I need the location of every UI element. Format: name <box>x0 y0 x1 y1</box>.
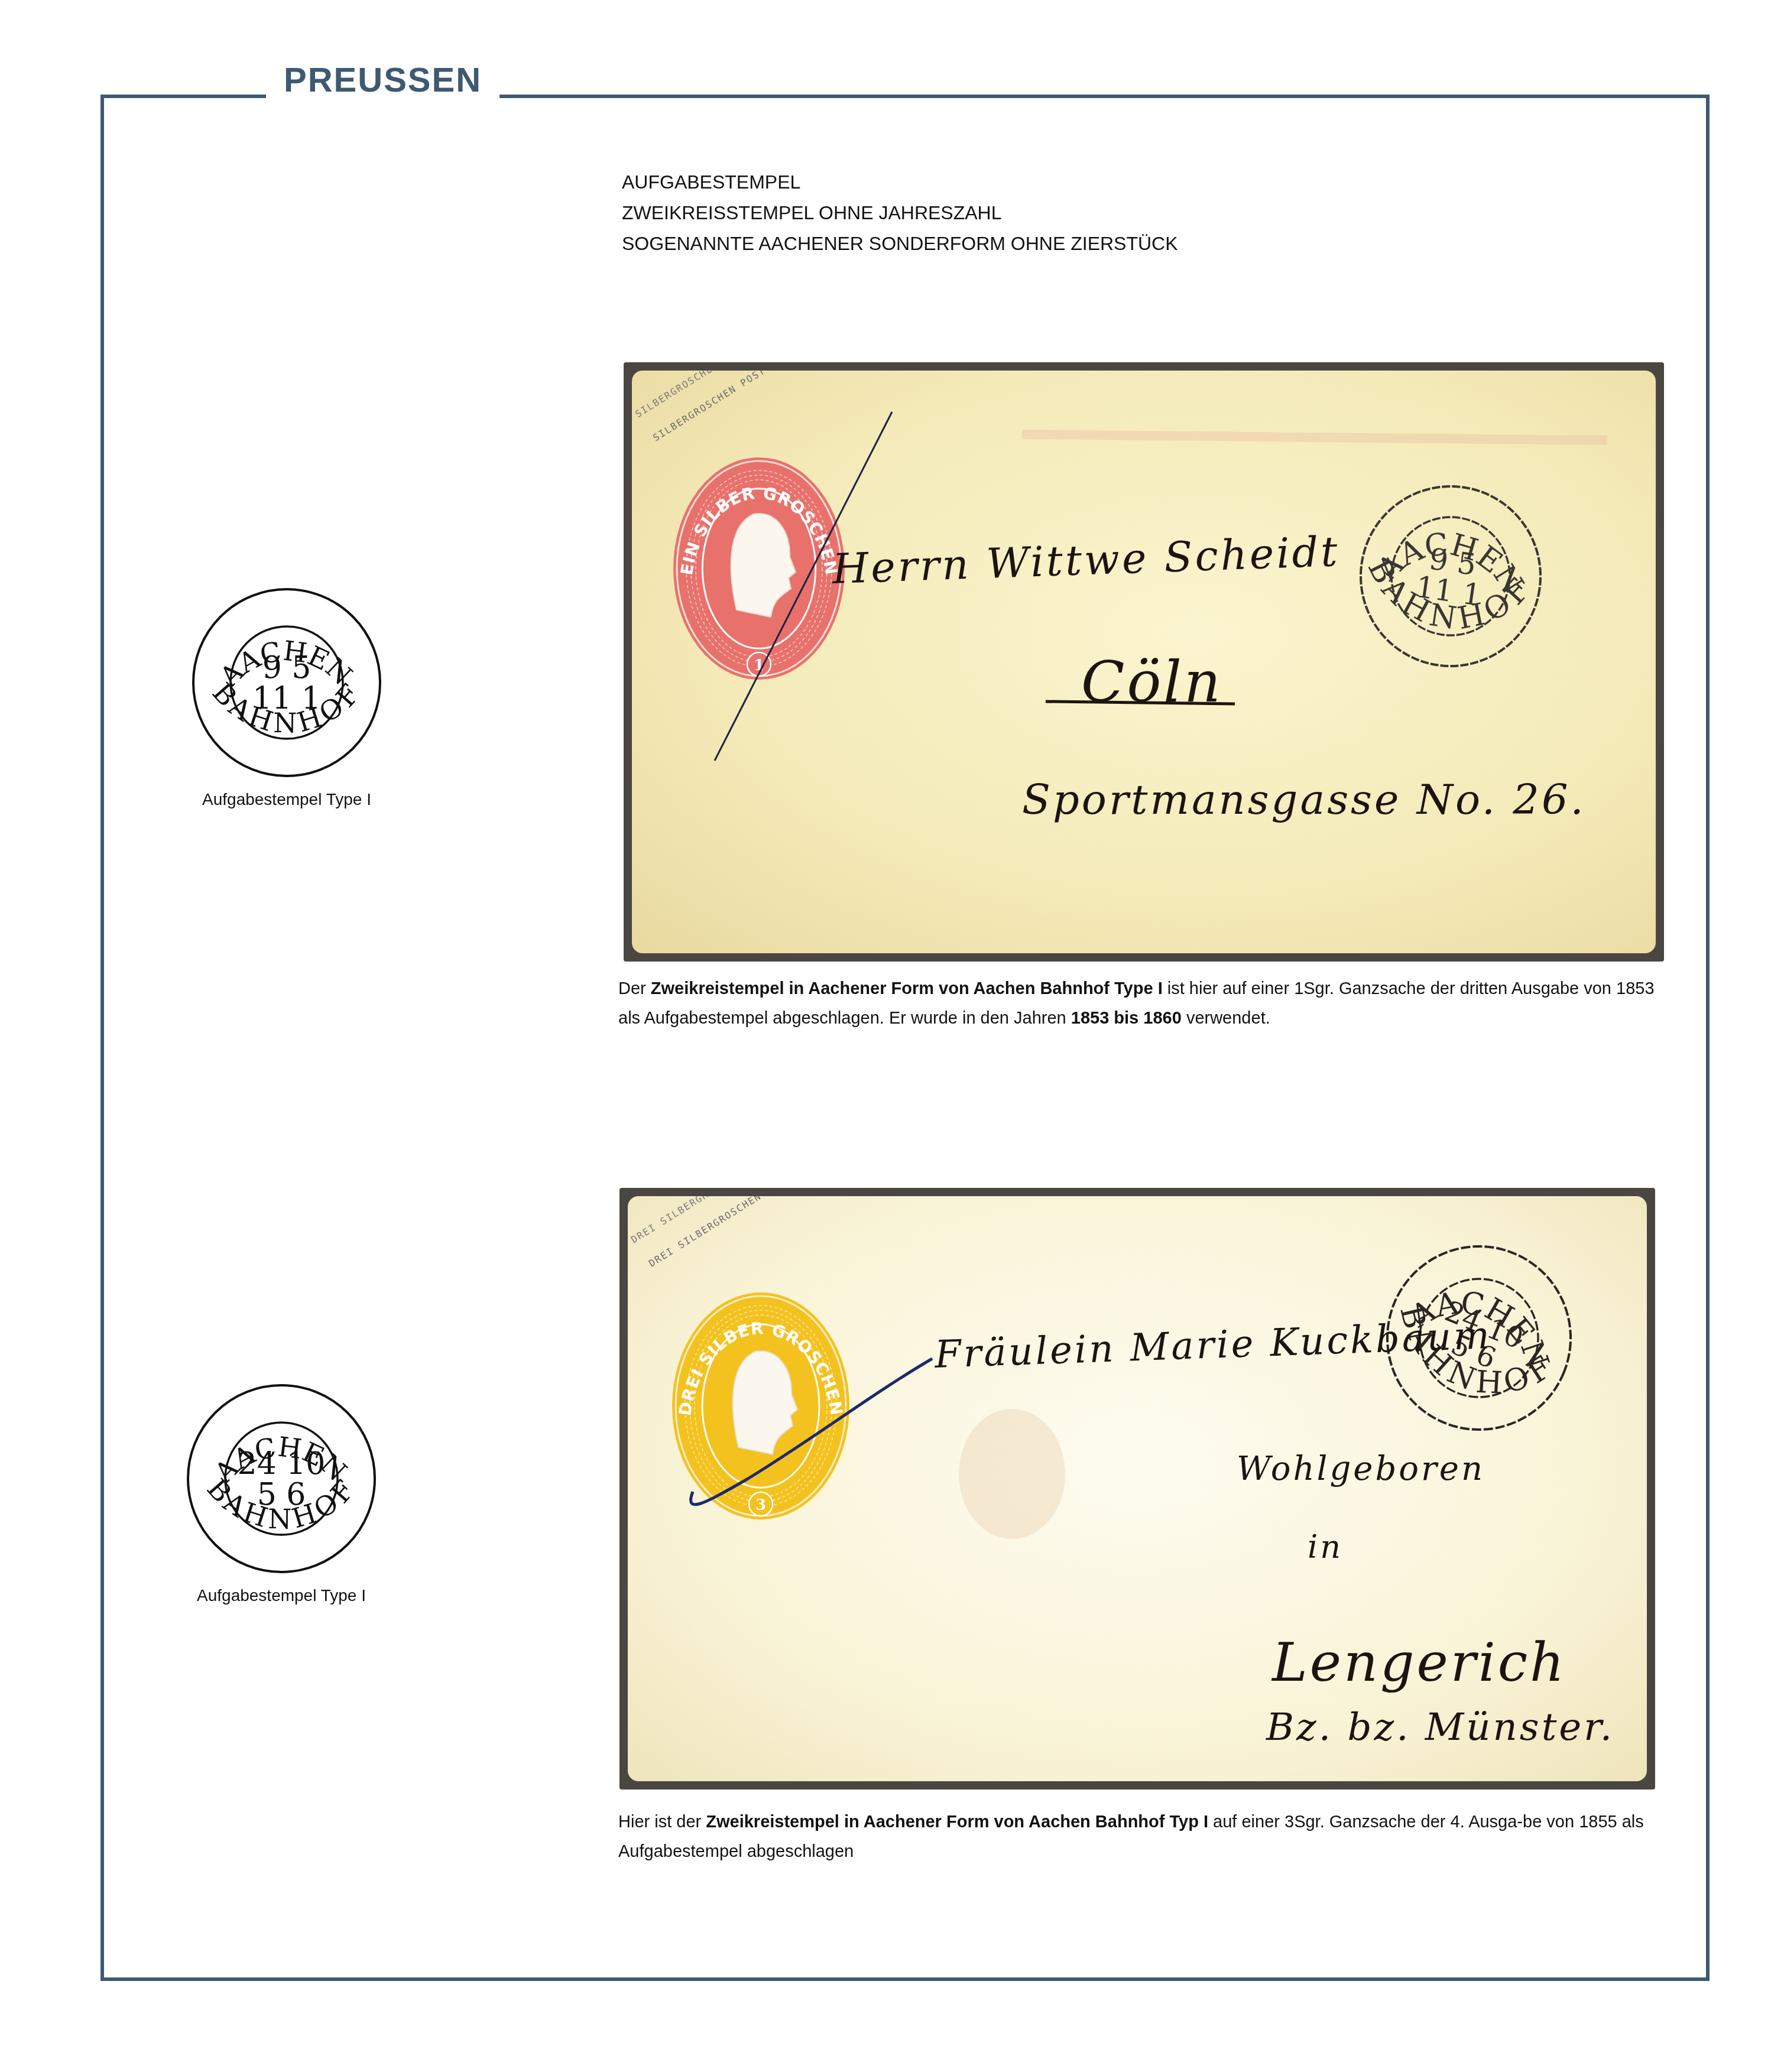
reference-postmark-1: AACHENBAHNHOF9 511 1 Aufgabestempel Type… <box>180 582 393 809</box>
page-title-container: PREUSSEN <box>266 60 499 100</box>
caption-text: Der <box>618 979 651 998</box>
caption-emphasis: Zweikreistempel in Aachener Form von Aac… <box>706 1813 1208 1831</box>
handwritten-address: Cöln <box>1081 649 1223 715</box>
svg-text:11 1: 11 1 <box>252 681 321 716</box>
reference-postmark-caption: Aufgabestempel Type I <box>175 1586 388 1605</box>
handwritten-address: Bz. bz. Münster. <box>1266 1706 1614 1749</box>
embossed-stamp-icon: EIN SILBER GROSCHEN1 <box>673 457 845 680</box>
svg-text:5 6: 5 6 <box>257 1477 306 1512</box>
caption-emphasis: 1853 bis 1860 <box>1071 1009 1182 1028</box>
handwritten-address: Wohlgeboren <box>1237 1450 1485 1488</box>
header-line-3: SOGENANNTE AACHENER SONDERFORM OHNE ZIER… <box>622 228 1178 259</box>
header-line-2: ZWEIKREISSTEMPEL OHNE JAHRESZAHL <box>622 197 1178 228</box>
caption-text: verwendet. <box>1182 1009 1270 1028</box>
svg-text:9 5: 9 5 <box>262 650 312 686</box>
reference-postmark-2: AACHENBAHNHOF24 105 6 Aufgabestempel Typ… <box>175 1378 388 1605</box>
handwritten-address: Sportmansgasse No. 26. <box>1022 775 1586 824</box>
caption-emphasis: Zweikreistempel in Aachener Form von Aac… <box>651 979 1163 998</box>
printed-imprint: SILBERGROSCHEN POST-COUVERT <box>651 371 814 443</box>
header-block: AUFGABESTEMPEL ZWEIKREISSTEMPEL OHNE JAH… <box>622 167 1178 259</box>
caption-envelope-1: Der Zweikreistempel in Aachener Form von… <box>618 974 1671 1033</box>
envelope-1: SILBERGROSCHEN POST-COUVERTSILBERGROSCHE… <box>624 362 1664 962</box>
handwritten-address: Herrn Wittwe Scheidt <box>831 527 1341 593</box>
embossed-stamp-icon: DREI SILBER GROSCHEN3 <box>672 1292 849 1519</box>
postmark-icon: AACHENBAHNHOF9 511 1 <box>1349 475 1552 677</box>
envelope-artwork: SILBERGROSCHEN POST-COUVERTSILBERGROSCHE… <box>632 371 1656 953</box>
postmark-illustration-icon: AACHENBAHNHOF9 511 1 <box>186 582 387 783</box>
svg-text:24 10: 24 10 <box>238 1446 326 1482</box>
envelope-cover: SILBERGROSCHEN POST-COUVERTSILBERGROSCHE… <box>632 371 1656 953</box>
postmark-icon: AACHENBAHNHOF9 511 1 <box>193 589 380 776</box>
envelope-artwork: DREI SILBERGROSCHEN POST-COUVERTDREI SIL… <box>628 1196 1647 1781</box>
envelope-cover: DREI SILBERGROSCHEN POST-COUVERTDREI SIL… <box>628 1196 1647 1781</box>
handwritten-address: Fräulein Marie Kuckbaum <box>933 1314 1493 1377</box>
postmark-icon: AACHENBAHNHOF24 105 6 <box>188 1385 375 1572</box>
handwritten-address: in <box>1308 1528 1343 1566</box>
svg-text:3: 3 <box>755 1496 766 1514</box>
page-title: PREUSSEN <box>284 61 482 99</box>
envelope-2: DREI SILBERGROSCHEN POST-COUVERTDREI SIL… <box>619 1188 1655 1790</box>
handwritten-address: Lengerich <box>1271 1632 1566 1694</box>
caption-text: Hier ist der <box>618 1813 706 1831</box>
postmark-illustration-icon: AACHENBAHNHOF24 105 6 <box>181 1378 382 1579</box>
header-line-1: AUFGABESTEMPEL <box>622 167 1178 197</box>
reference-postmark-caption: Aufgabestempel Type I <box>180 790 393 809</box>
caption-envelope-2: Hier ist der Zweikreistempel in Aachener… <box>618 1807 1671 1866</box>
